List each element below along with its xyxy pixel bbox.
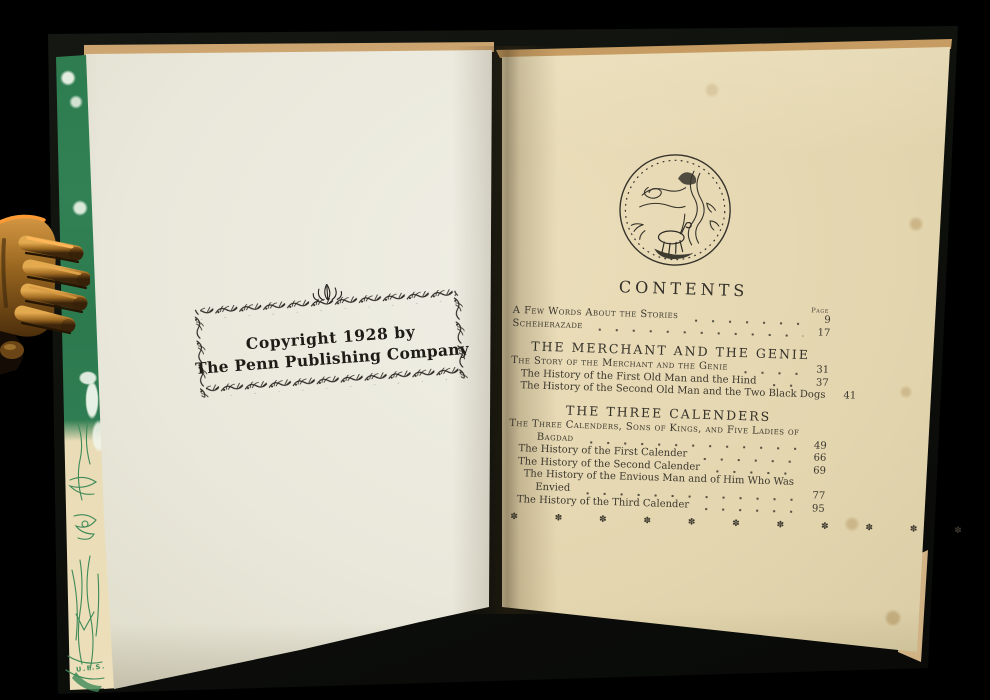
toc-entry-page: 95 (803, 503, 825, 516)
brass-hand-stand (0, 210, 90, 378)
medallion-wrap (514, 146, 836, 274)
dot-leader (763, 378, 802, 388)
copyright-plate: Copyright 1928 by The Penn Publishing Co… (189, 272, 473, 414)
toc-entry-page: 49 (805, 440, 827, 453)
toc-entry-page: 9 (808, 314, 830, 327)
toc-entry-page: 17 (808, 327, 830, 340)
toc-entry-page: 69 (804, 465, 826, 478)
toc-entry-page: 37 (806, 377, 828, 390)
dot-leader (832, 393, 838, 402)
medallion-illustration (614, 149, 736, 271)
toc-entry-label: Scheherazade (512, 318, 583, 333)
book-photograph: { "photo": { "background_color": "#00000… (0, 0, 990, 700)
toc-entry-page: 77 (803, 490, 825, 503)
dot-leader (590, 323, 804, 339)
toc-entry-page: 66 (804, 452, 826, 465)
toc-entry-page: 41 (843, 391, 856, 404)
dot-leader (696, 502, 798, 514)
toc-entry-page: 31 (807, 364, 829, 377)
contents-page-block: CONTENTS Page A Few Words About the Stor… (506, 146, 836, 532)
